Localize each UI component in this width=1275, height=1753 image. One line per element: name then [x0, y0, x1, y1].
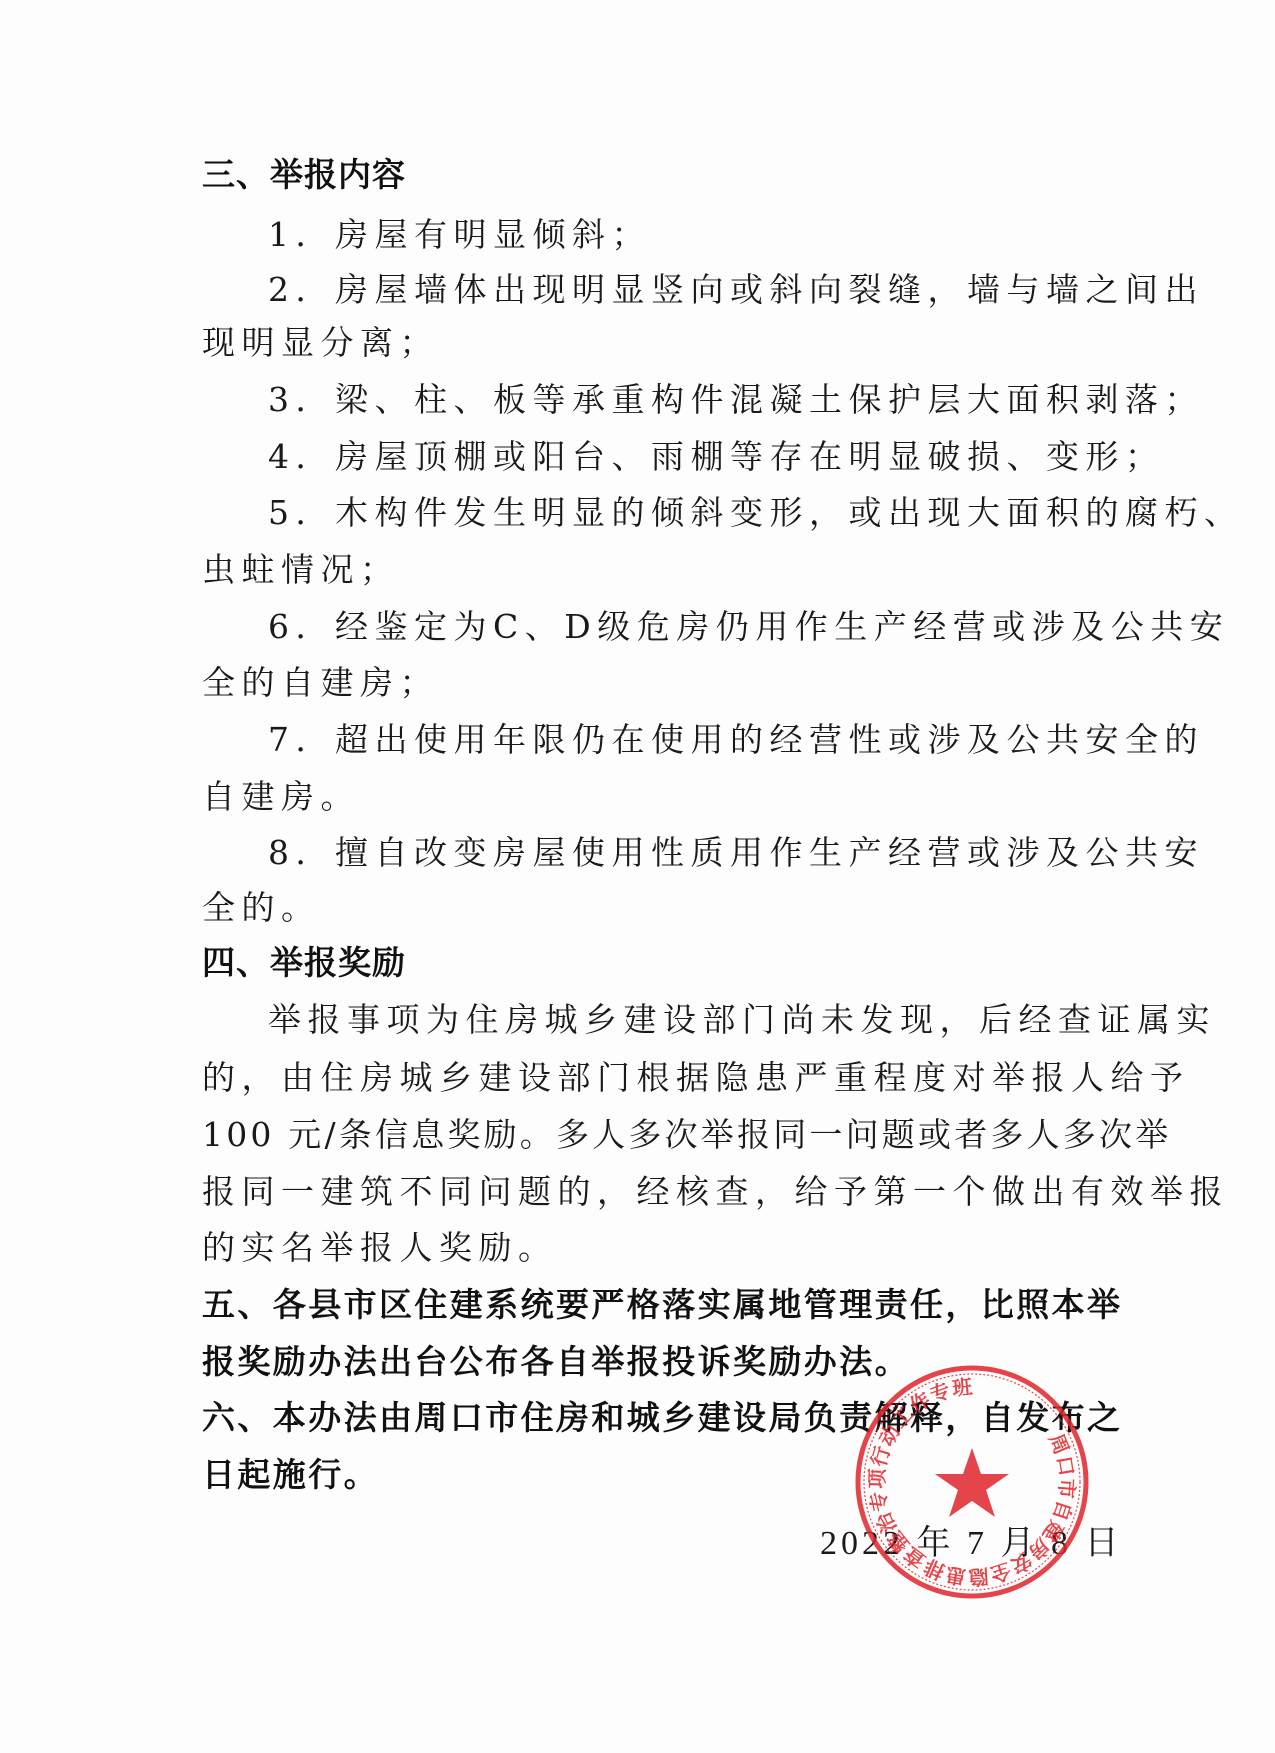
list-item-3: 3．梁、柱、板等承重构件混凝土保护层大面积剥落；	[268, 380, 1204, 420]
reward-paragraph-line-3: 100 元/条信息奖励。多人多次举报同一问题或者多人多次举	[202, 1115, 1171, 1155]
section-heading-4: 四、举报奖励	[202, 943, 406, 983]
official-seal: 周口市自建房安全隐患排查整治专项行动工作专班	[852, 1362, 1092, 1602]
section-6-line-2: 日起施行。	[202, 1455, 379, 1495]
list-item-6-cont: 全的自建房；	[202, 663, 439, 703]
list-item-6: 6．经鉴定为C、D级危房仍用作生产经营或涉及公共安	[268, 607, 1229, 647]
list-item-8-cont: 全的。	[202, 888, 321, 928]
list-item-7: 7．超出使用年限仍在使用的经营性或涉及公共安全的	[268, 720, 1204, 760]
list-item-8: 8．擅自改变房屋使用性质用作生产经营或涉及公共安	[268, 833, 1204, 873]
reward-paragraph-line-4: 报同一建筑不同问题的，经核查，给予第一个做出有效举报	[202, 1172, 1229, 1212]
list-item-1: 1．房屋有明显倾斜；	[268, 215, 651, 255]
list-item-2-cont: 现明显分离；	[202, 323, 439, 363]
list-item-4: 4．房屋顶棚或阳台、雨棚等存在明显破损、变形；	[268, 437, 1165, 477]
section-5-line-2: 报奖励办法出台公布各自举报投诉奖励办法。	[202, 1342, 910, 1382]
list-item-5-cont: 虫蛀情况；	[202, 550, 400, 590]
document-page: 三、举报内容 1．房屋有明显倾斜； 2．房屋墙体出现明显竖向或斜向裂缝，墙与墙之…	[0, 0, 1275, 1753]
reward-paragraph-line-2: 的，由住房城乡建设部门根据隐患严重程度对举报人给予	[202, 1058, 1190, 1098]
section-5-line-1: 五、各县市区住建系统要严格落实属地管理责任，比照本举	[202, 1285, 1122, 1325]
list-item-7-cont: 自建房。	[202, 777, 360, 817]
section-heading-3: 三、举报内容	[202, 155, 406, 195]
reward-paragraph-line-1: 举报事项为住房城乡建设部门尚未发现，后经查证属实	[268, 1000, 1216, 1040]
list-item-2: 2．房屋墙体出现明显竖向或斜向裂缝，墙与墙之间出	[268, 270, 1204, 310]
reward-paragraph-line-5: 的实名举报人奖励。	[202, 1228, 558, 1268]
star-icon	[935, 1448, 1009, 1517]
list-item-5: 5．木构件发生明显的倾斜变形，或出现大面积的腐朽、	[268, 493, 1244, 533]
